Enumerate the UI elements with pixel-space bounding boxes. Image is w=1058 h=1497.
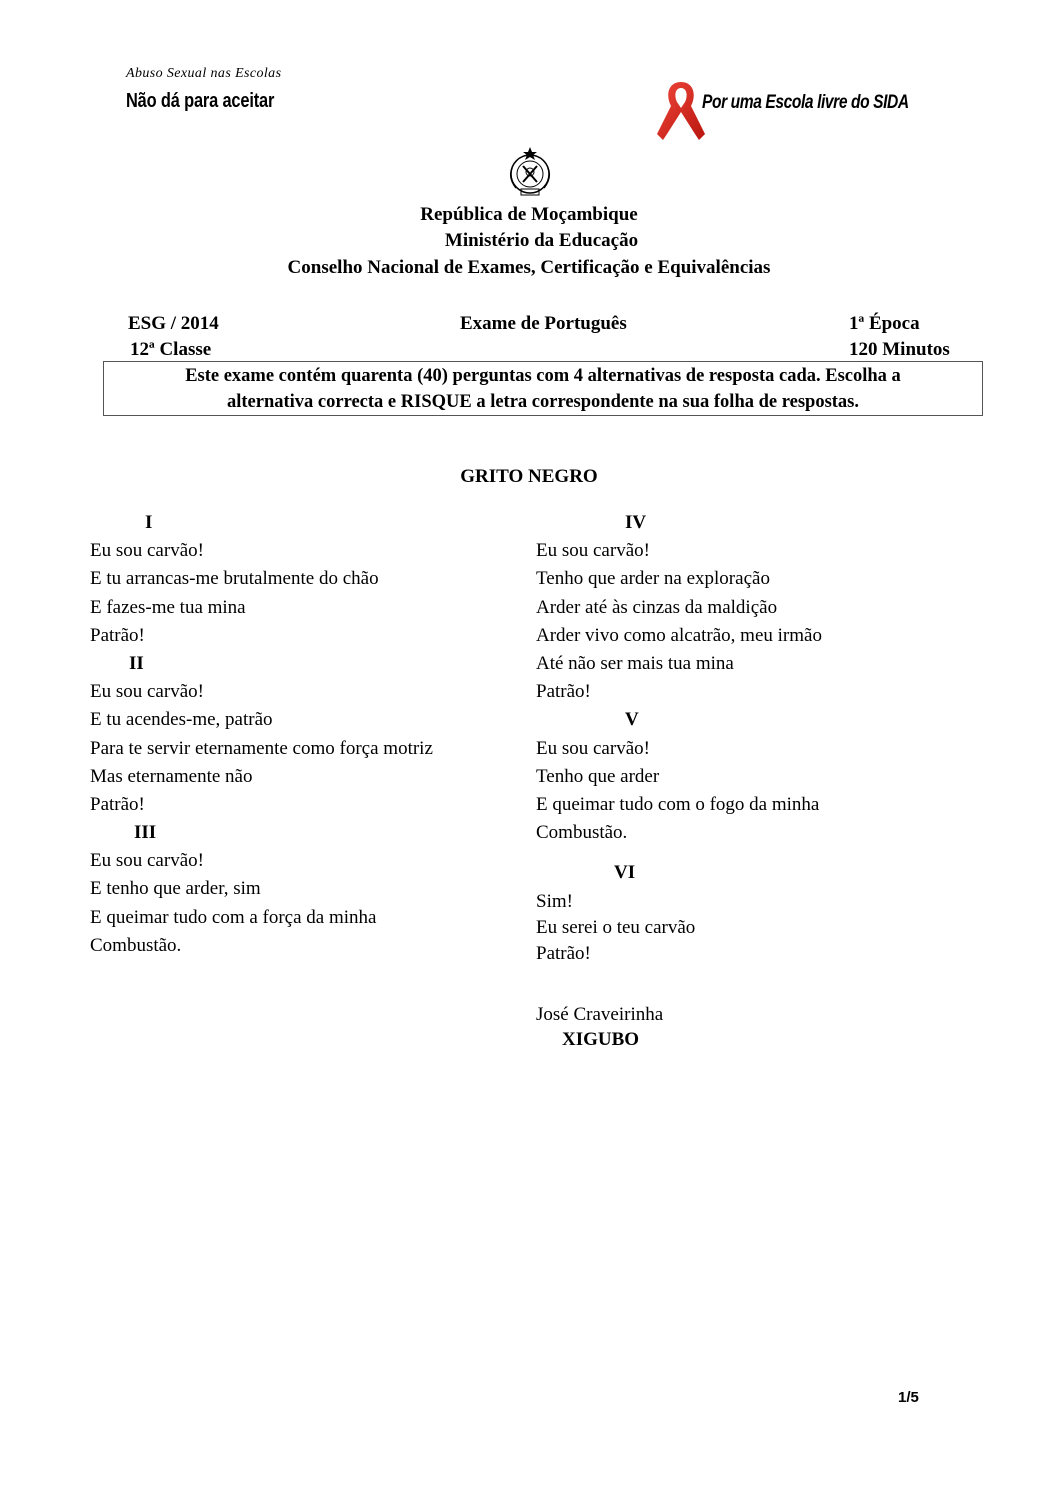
poem-line: Eu sou carvão! — [536, 537, 956, 565]
exam-code: ESG / 2014 — [128, 313, 219, 335]
poem-author: José Craveirinha — [536, 1004, 663, 1026]
exam-duration: 120 Minutos — [849, 339, 950, 361]
stanza-number: III — [90, 819, 510, 847]
poem-line: Eu sou carvão! — [90, 537, 510, 565]
poem-line: Eu serei o teu carvão — [536, 914, 956, 940]
mozambique-coat-of-arms-icon — [502, 144, 558, 200]
institution-country: República de Moçambique — [0, 204, 1058, 226]
poem-line: Tenho que arder na exploração — [536, 565, 956, 593]
poem-line: Sim! — [536, 888, 956, 914]
stanza-number: VI — [536, 859, 956, 888]
institution-council: Conselho Nacional de Exames, Certificaçã… — [0, 257, 1058, 279]
poem-line: Eu sou carvão! — [90, 847, 510, 875]
header-slogan: Não dá para aceitar — [126, 90, 274, 113]
poem-line: Combustão. — [536, 819, 956, 847]
poem-line: Para te servir eternamente como força mo… — [90, 735, 510, 763]
poem-line: E tenho que arder, sim — [90, 875, 510, 903]
stanza-number: I — [90, 509, 510, 537]
poem-line: Patrão! — [90, 791, 510, 819]
institution-ministry: Ministério da Educação — [0, 230, 1058, 252]
exam-instructions-box: Este exame contém quarenta (40) pergunta… — [103, 361, 983, 416]
exam-grade: 12ª Classe — [130, 339, 211, 361]
instructions-line-1: Este exame contém quarenta (40) pergunta… — [104, 363, 982, 389]
poem-line: Combustão. — [90, 932, 510, 960]
poem-line: E fazes-me tua mina — [90, 594, 510, 622]
poem-line: E tu acendes-me, patrão — [90, 706, 510, 734]
poem-line: E queimar tudo com a força da minha — [90, 904, 510, 932]
poem-line: Patrão! — [90, 622, 510, 650]
poem-line: Arder até às cinzas da maldição — [536, 594, 956, 622]
exam-subject: Exame de Português — [460, 313, 627, 335]
poem-line: E tu arrancas-me brutalmente do chão — [90, 565, 510, 593]
poem-column-right: IV Eu sou carvão! Tenho que arder na exp… — [536, 509, 956, 966]
poem-line: Eu sou carvão! — [90, 678, 510, 706]
poem-title: GRITO NEGRO — [0, 466, 1058, 488]
poem-line: E queimar tudo com o fogo da minha — [536, 791, 956, 819]
poem-line: Patrão! — [536, 940, 956, 966]
poem-line: Mas eternamente não — [90, 763, 510, 791]
stanza-number: V — [536, 706, 956, 734]
poem-line: Até não ser mais tua mina — [536, 650, 956, 678]
instructions-line-2: alternativa correcta e RISQUE a letra co… — [104, 389, 982, 415]
page-number: 1/5 — [898, 1389, 919, 1406]
stanza-number: IV — [536, 509, 956, 537]
poem-line: Arder vivo como alcatrão, meu irmão — [536, 622, 956, 650]
header-campaign: Por uma Escola livre do SIDA — [702, 92, 909, 114]
poem-column-left: I Eu sou carvão! E tu arrancas-me brutal… — [90, 509, 510, 960]
exam-epoch: 1ª Época — [849, 313, 920, 335]
poem-line: Patrão! — [536, 678, 956, 706]
poem-line: Eu sou carvão! — [536, 735, 956, 763]
header-tagline: Abuso Sexual nas Escolas — [126, 66, 281, 82]
poem-source: XIGUBO — [562, 1029, 639, 1051]
stanza-number: II — [90, 650, 510, 678]
poem-line: Tenho que arder — [536, 763, 956, 791]
